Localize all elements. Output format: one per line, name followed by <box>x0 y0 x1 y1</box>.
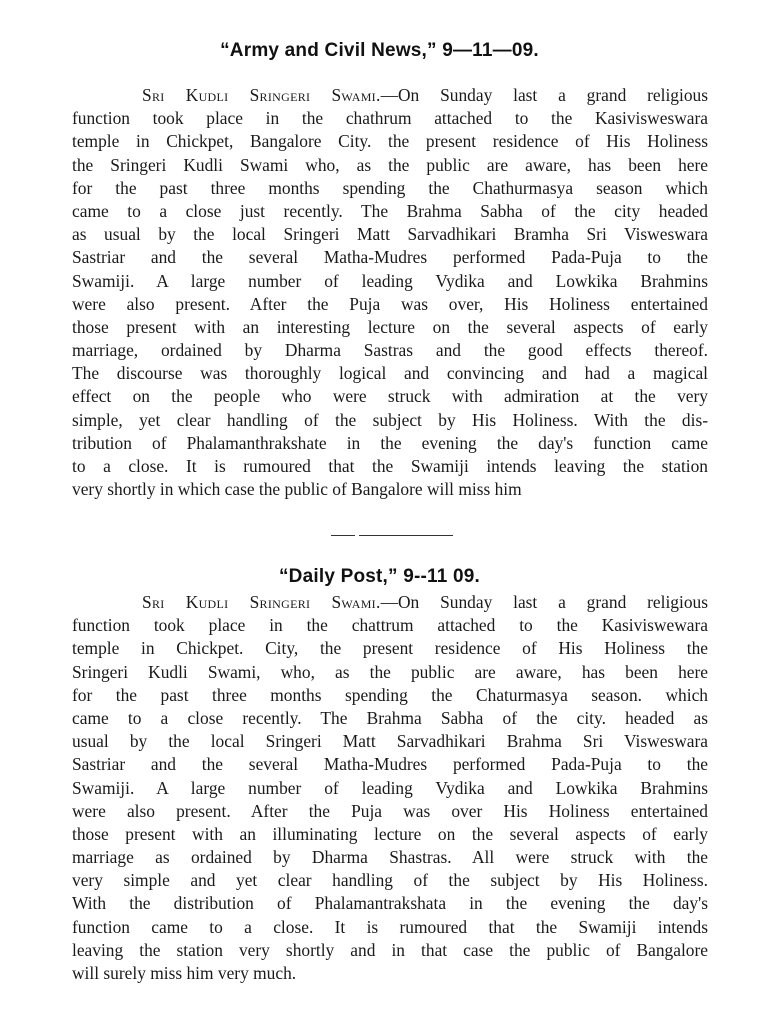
paragraph-line: marriage, ordained by Dharma Sastras and… <box>72 339 708 362</box>
paragraph-first-line: Sri Kudli Sringeri Swami.—On Sunday last… <box>72 84 708 107</box>
paragraph-line: temple in Chickpet. City, the present re… <box>72 637 708 660</box>
article-1-heading: “Army and Civil News,” 9—11—09. <box>0 40 759 62</box>
paragraph-text: —On Sunday last a grand religious <box>381 85 708 105</box>
paragraph-line: usual by the local Sringeri Matt Sarvadh… <box>72 730 708 753</box>
article-1-body: Sri Kudli Sringeri Swami.—On Sunday last… <box>72 84 708 501</box>
article-lead-title: Sri Kudli Sringeri Swami. <box>142 85 381 105</box>
paragraph-line: Swamiji. A large number of leading Vydik… <box>72 777 708 800</box>
paragraph-line: for the past three months spending the C… <box>72 177 708 200</box>
paragraph-line: function came to a close. It is rumoured… <box>72 916 708 939</box>
paragraph-line: came to a close recently. The Brahma Sab… <box>72 707 708 730</box>
paragraph-line: leaving the station very shortly and in … <box>72 939 708 962</box>
article-lead-title: Sri Kudli Sringeri Swami. <box>142 592 381 612</box>
paragraph-line: for the past three months spending the C… <box>72 684 708 707</box>
paragraph-line: came to a close just recently. The Brahm… <box>72 200 708 223</box>
section-divider-left <box>331 535 355 536</box>
paragraph-line: The discourse was thoroughly logical and… <box>72 362 708 385</box>
paragraph-line: Swamiji. A large number of leading Vydik… <box>72 270 708 293</box>
paragraph-first-line: Sri Kudli Sringeri Swami.—On Sunday last… <box>72 591 708 614</box>
paragraph-line: to a close. It is rumoured that the Swam… <box>72 455 708 478</box>
paragraph-line: those present with an illuminating lectu… <box>72 823 708 846</box>
paragraph-line: very simple and yet clear handling of th… <box>72 869 708 892</box>
paragraph-line: those present with an interesting lectur… <box>72 316 708 339</box>
paragraph-line: were also present. After the Puja was ov… <box>72 293 708 316</box>
paragraph-line: very shortly in which case the public of… <box>72 478 708 501</box>
paragraph-line: will surely miss him very much. <box>72 962 708 985</box>
paragraph-line: function took place in the chattrum atta… <box>72 614 708 637</box>
article-2-heading: “Daily Post,” 9--11 09. <box>0 566 759 588</box>
paragraph-text: —On Sunday last a grand religious <box>381 592 708 612</box>
paragraph-line: effect on the people who were struck wit… <box>72 385 708 408</box>
paragraph-line: the Sringeri Kudli Swami who, as the pub… <box>72 154 708 177</box>
article-2-body: Sri Kudli Sringeri Swami.—On Sunday last… <box>72 591 708 985</box>
paragraph-line: temple in Chickpet, Bangalore City. the … <box>72 130 708 153</box>
paragraph-line: marriage as ordained by Dharma Shastras.… <box>72 846 708 869</box>
section-divider-right <box>359 535 453 536</box>
paragraph-line: function took place in the chathrum atta… <box>72 107 708 130</box>
paragraph-line: were also present. After the Puja was ov… <box>72 800 708 823</box>
paragraph-line: With the distribution of Phalamantraksha… <box>72 892 708 915</box>
paragraph-line: simple, yet clear handling of the subjec… <box>72 409 708 432</box>
paragraph-line: Sringeri Kudli Swami, who, as the public… <box>72 661 708 684</box>
paragraph-line: tribution of Phalamanthrakshate in the e… <box>72 432 708 455</box>
paragraph-line: Sastriar and the several Matha-Mudres pe… <box>72 246 708 269</box>
paragraph-line: as usual by the local Sringeri Matt Sarv… <box>72 223 708 246</box>
paragraph-line: Sastriar and the several Matha-Mudres pe… <box>72 753 708 776</box>
